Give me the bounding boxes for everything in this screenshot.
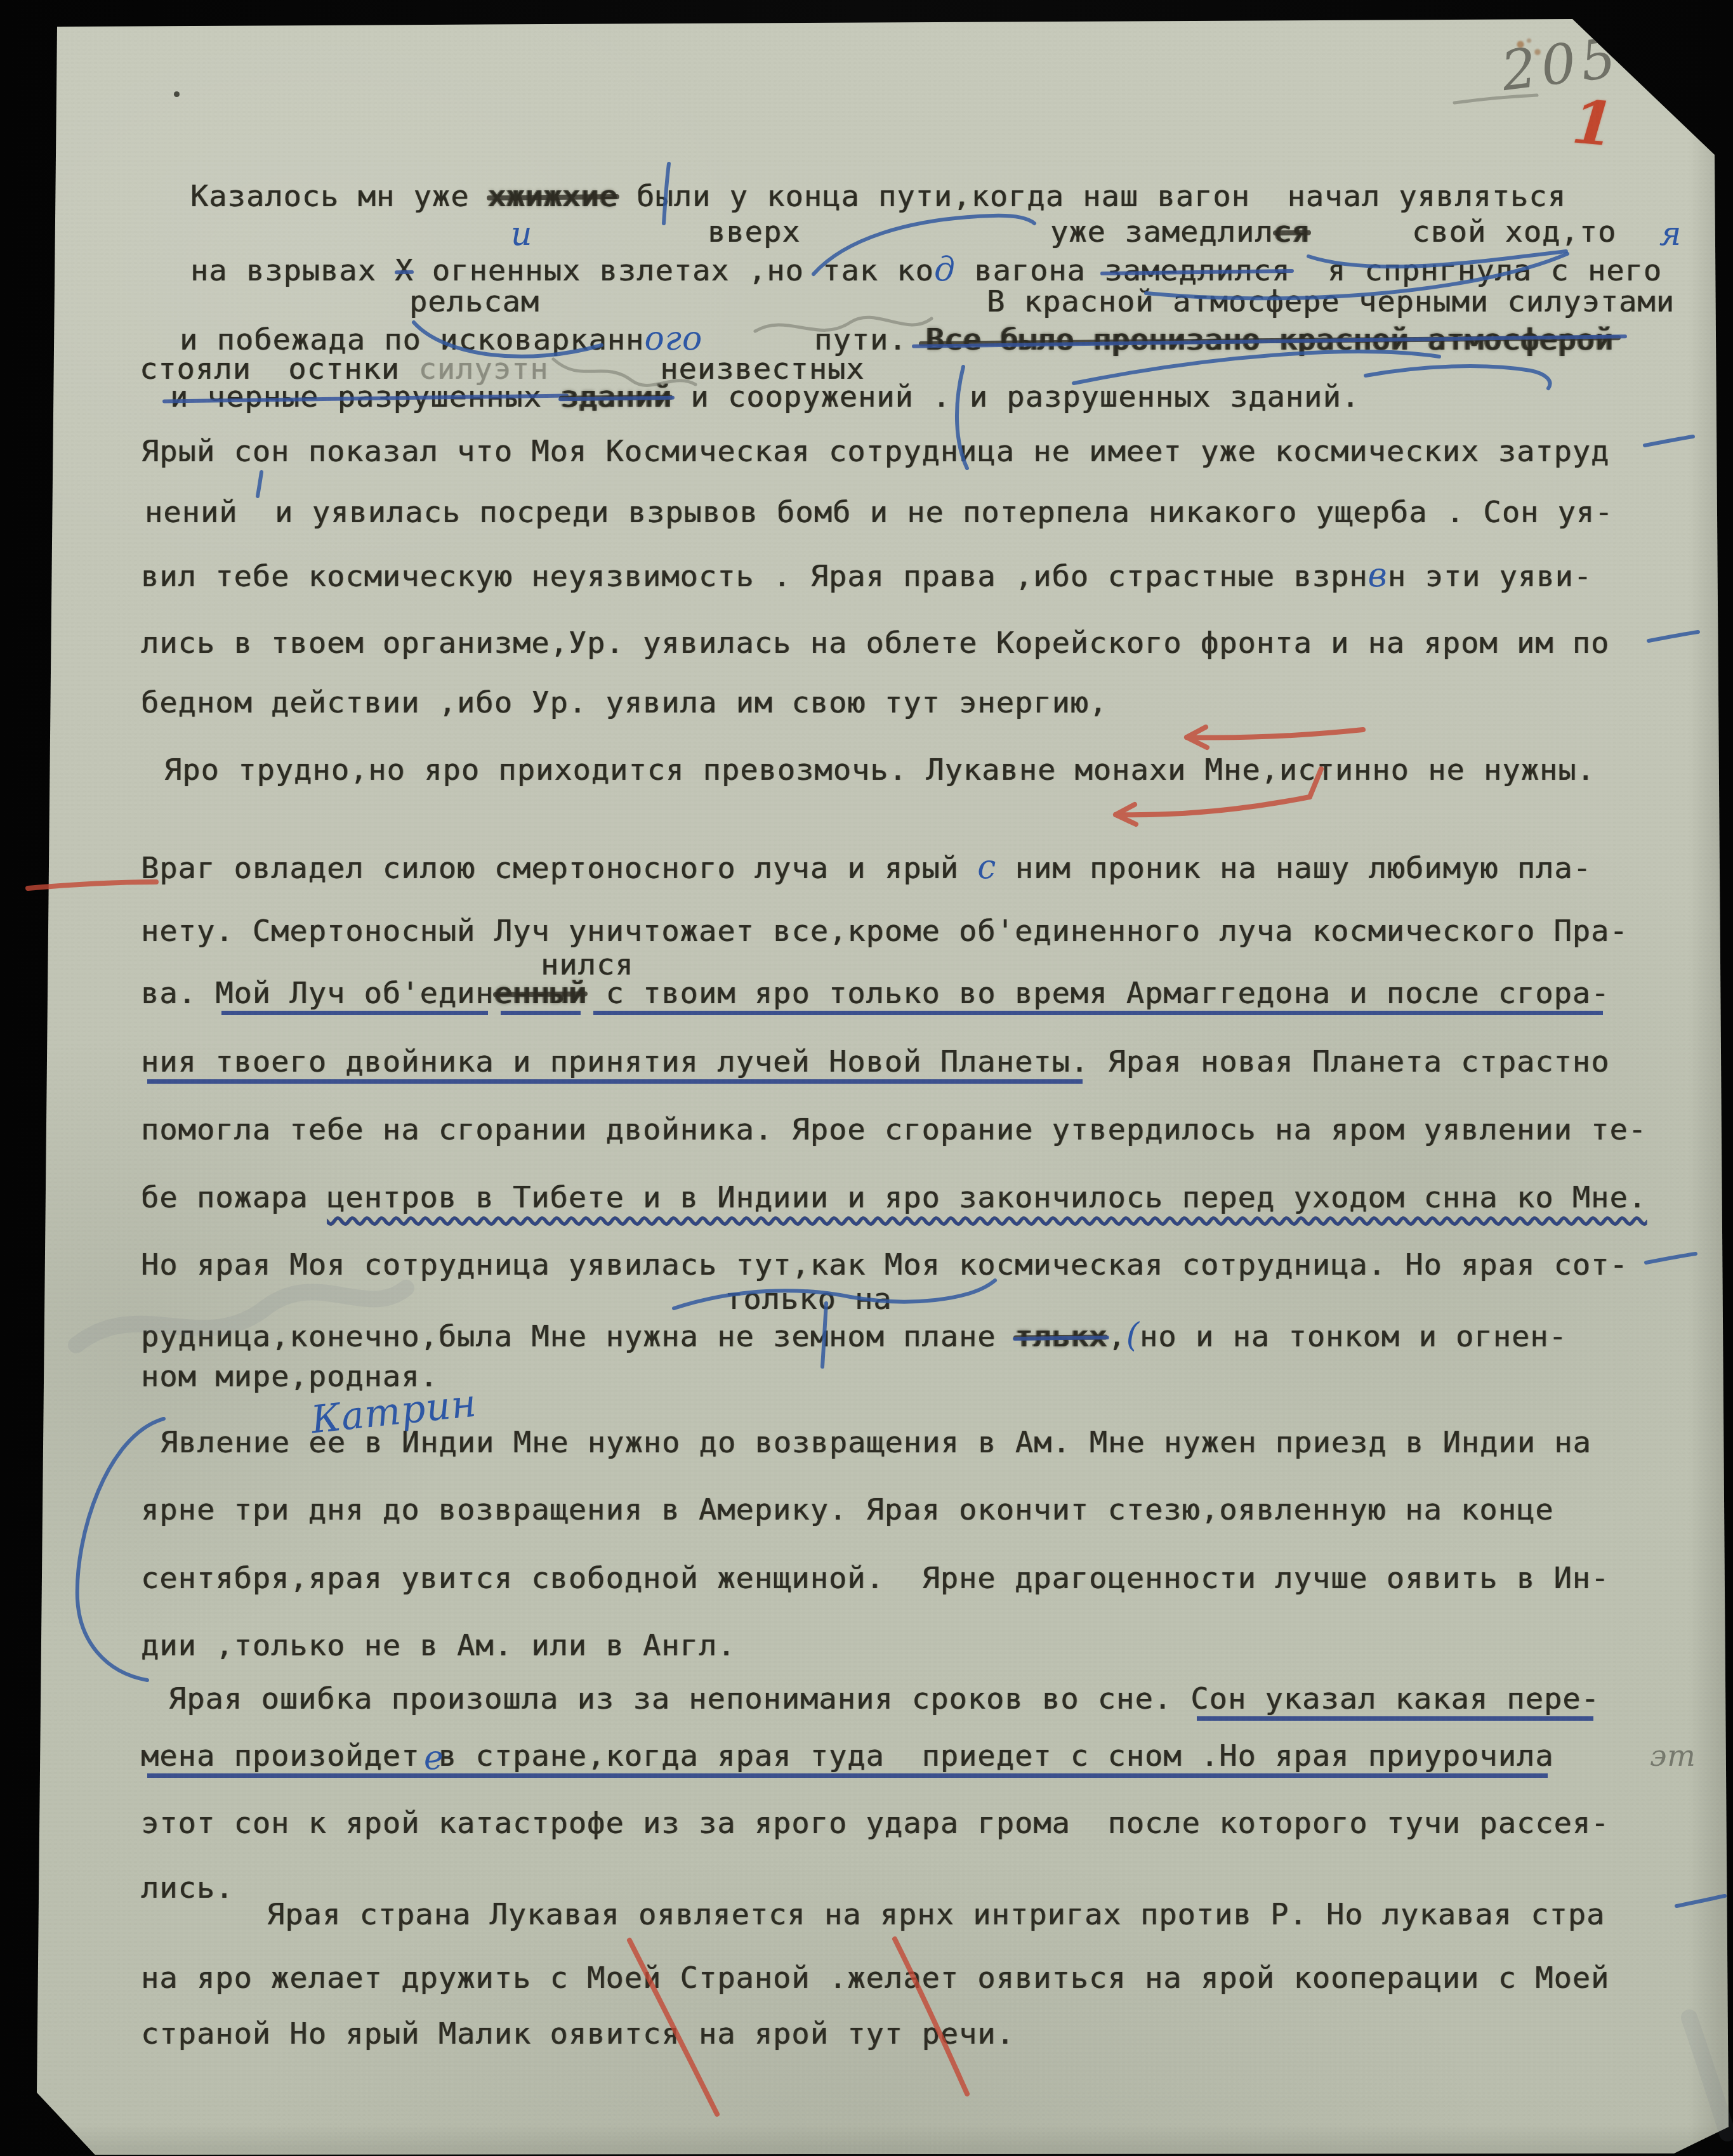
scan-background: 205 1 Казалось мн уже хжижхие были у кон… bbox=[0, 0, 1733, 2156]
document-page: 205 1 Казалось мн уже хжижхие были у кон… bbox=[0, 0, 1733, 2156]
typewritten-text-layer: Казалось мн уже хжижхие были у конца пут… bbox=[0, 0, 1733, 2156]
